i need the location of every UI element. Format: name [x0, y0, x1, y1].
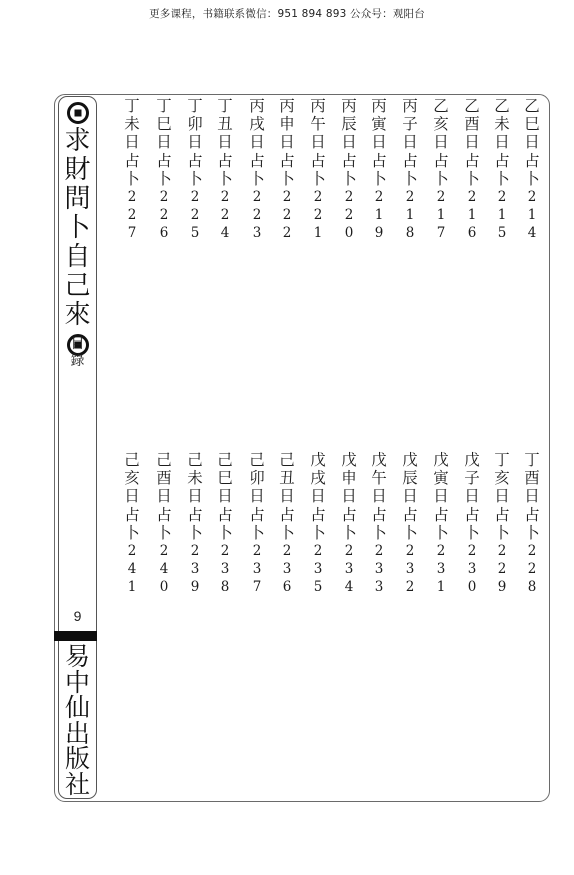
toc-entry-page-digit: 1: [431, 578, 451, 596]
toc-entry-title-char: 占: [431, 152, 451, 170]
toc-entry: 乙亥日占卜217: [431, 97, 451, 242]
toc-entry: 己未日占卜239: [185, 451, 205, 596]
toc-entry-page-digit: 2: [339, 188, 359, 206]
toc-entry-title-char: 日: [247, 133, 267, 151]
title-char: 求: [58, 127, 97, 156]
toc-entry-title-char: 日: [522, 133, 542, 151]
toc-entry-page-digit: 2: [185, 542, 205, 560]
toc-entry-title-char: 日: [339, 133, 359, 151]
toc-entry-title-char: 丙: [339, 97, 359, 115]
toc-entry-title-char: 卜: [185, 524, 205, 542]
toc-entry-title-char: 卜: [247, 524, 267, 542]
toc-entry: 己酉日占卜240: [154, 451, 174, 596]
toc-entry: 丁丑日占卜224: [215, 97, 235, 242]
toc-entry-title-char: 亥: [492, 469, 512, 487]
toc-entry-page-digit: 3: [369, 578, 389, 596]
toc-entry-title-char: 戌: [308, 469, 328, 487]
toc-entry-title-char: 日: [277, 133, 297, 151]
toc-entry-title-char: 乙: [431, 97, 451, 115]
toc-entry-title-char: 亥: [431, 115, 451, 133]
toc-entry-title-char: 日: [247, 487, 267, 505]
toc-entry-title-char: 卜: [522, 170, 542, 188]
toc-entry-title-char: 卜: [462, 524, 482, 542]
toc-entry-title-char: 日: [308, 487, 328, 505]
toc-entry-page-digit: 2: [185, 206, 205, 224]
toc-entry-page-digit: 2: [277, 206, 297, 224]
toc-entry-title-char: 卜: [492, 170, 512, 188]
toc-entry-title-char: 卜: [122, 170, 142, 188]
toc-entry-title-char: 卜: [400, 170, 420, 188]
toc-entry-title-char: 卜: [215, 524, 235, 542]
toc-entry-title-char: 日: [215, 133, 235, 151]
toc-entry-page-digit: 2: [122, 206, 142, 224]
toc-entry-title-char: 卜: [339, 524, 359, 542]
toc-entry-page-digit: 2: [122, 542, 142, 560]
toc-entry-page-digit: 4: [522, 224, 542, 242]
toc-entry-title-char: 占: [215, 506, 235, 524]
toc-entry-title-char: 卜: [308, 524, 328, 542]
toc-entry-title-char: 丙: [247, 97, 267, 115]
toc-entry-title-char: 卯: [185, 115, 205, 133]
toc-entry-title-char: 日: [431, 133, 451, 151]
toc-entry-title-char: 辰: [339, 115, 359, 133]
toc-entry-page-digit: 7: [247, 578, 267, 596]
toc-entry-page-digit: 2: [492, 560, 512, 578]
toc-entry: 己卯日占卜237: [247, 451, 267, 596]
toc-entry-title-char: 乙: [522, 97, 542, 115]
toc-entry-title-char: 占: [369, 152, 389, 170]
toc-entry-page-digit: 2: [247, 542, 267, 560]
toc-entry: 丙戌日占卜223: [247, 97, 267, 242]
title-char: 來: [58, 301, 97, 330]
toc-entry: 丙子日占卜218: [400, 97, 420, 242]
toc-entry-title-char: 卜: [492, 524, 512, 542]
toc-entry-title-char: 己: [277, 451, 297, 469]
toc-entry-page-digit: 2: [122, 188, 142, 206]
toc-entry-title-char: 巳: [522, 115, 542, 133]
toc-entry-title-char: 占: [154, 152, 174, 170]
toc-entry-title-char: 亥: [122, 469, 142, 487]
toc-entry-page-digit: 1: [462, 206, 482, 224]
toc-entry-page-digit: 2: [492, 188, 512, 206]
toc-entry-title-char: 子: [462, 469, 482, 487]
toc-entry-title-char: 日: [185, 133, 205, 151]
toc-entry-title-char: 未: [492, 115, 512, 133]
toc-entry: 乙巳日占卜214: [522, 97, 542, 242]
toc-entry-title-char: 占: [185, 506, 205, 524]
toc-entry-page-digit: 8: [215, 578, 235, 596]
toc-entry: 丁酉日占卜228: [522, 451, 542, 596]
toc-entry-title-char: 丙: [400, 97, 420, 115]
toc-entry-page-digit: 6: [277, 578, 297, 596]
toc-entry-page-digit: 9: [185, 578, 205, 596]
toc-entry-title-char: 丙: [277, 97, 297, 115]
publisher-char: 中: [65, 670, 90, 696]
toc-entry-page-digit: 2: [185, 188, 205, 206]
toc-entry-title-char: 占: [247, 152, 267, 170]
toc-entry-page-digit: 6: [462, 224, 482, 242]
subtitle-char: 目: [71, 336, 85, 353]
toc-entry-title-char: 日: [154, 487, 174, 505]
toc-entry-page-digit: 2: [522, 542, 542, 560]
toc-entry-title-char: 戊: [308, 451, 328, 469]
toc-entry: 丙寅日占卜219: [369, 97, 389, 242]
toc-entry-page-digit: 2: [369, 542, 389, 560]
toc-entry-title-char: 申: [339, 469, 359, 487]
toc-entry-page-digit: 3: [247, 224, 267, 242]
toc-entry-page-digit: 0: [154, 578, 174, 596]
publisher-char: 仙: [65, 695, 90, 721]
toc-entry-title-char: 卜: [277, 524, 297, 542]
toc-entry-page-digit: 2: [215, 542, 235, 560]
publisher-char: 易: [65, 644, 90, 670]
toc-entry-title-char: 占: [400, 506, 420, 524]
toc-entry-title-char: 占: [462, 506, 482, 524]
toc-entry-title-char: 卜: [308, 170, 328, 188]
toc-entry-title-char: 卜: [431, 170, 451, 188]
toc-entry-title-char: 日: [522, 487, 542, 505]
title-char: 自: [58, 243, 97, 272]
publisher-char: 出: [65, 721, 90, 747]
toc-entry-title-char: 丙: [308, 97, 328, 115]
toc-entry: 丙午日占卜221: [308, 97, 328, 242]
toc-entry-title-char: 丁: [154, 97, 174, 115]
toc-entry-page-digit: 1: [522, 206, 542, 224]
toc-entry-page-digit: 4: [154, 560, 174, 578]
toc-entry-title-char: 丁: [215, 97, 235, 115]
toc-entry-title-char: 己: [154, 451, 174, 469]
toc-entry-page-digit: 2: [369, 188, 389, 206]
toc-entry-title-char: 日: [462, 133, 482, 151]
toc-entry-title-char: 戊: [339, 451, 359, 469]
toc-entry-page-digit: 2: [308, 542, 328, 560]
toc-entry-page-digit: 3: [247, 560, 267, 578]
toc-entry-title-char: 日: [308, 133, 328, 151]
toc-entry-title-char: 占: [122, 506, 142, 524]
toc-entry-page-digit: 9: [492, 578, 512, 596]
toc-entry: 丁巳日占卜226: [154, 97, 174, 242]
toc-entry-title-char: 丁: [522, 451, 542, 469]
toc-entry-title-char: 占: [339, 152, 359, 170]
toc-entry-page-digit: 0: [339, 224, 359, 242]
toc-entry-title-char: 卜: [215, 170, 235, 188]
toc-entry-title-char: 占: [122, 152, 142, 170]
toc-entry-page-digit: 3: [400, 560, 420, 578]
toc-entry: 己亥日占卜241: [122, 451, 142, 596]
toc-entry-page-digit: 2: [431, 542, 451, 560]
toc-entry-title-char: 日: [154, 133, 174, 151]
toc-entry-page-digit: 3: [462, 560, 482, 578]
toc-entry-page-digit: 2: [154, 542, 174, 560]
publisher-name: 易 中 仙 出 版 社: [58, 644, 97, 797]
toc-entry-page-digit: 3: [308, 560, 328, 578]
toc-entry-title-char: 巳: [215, 469, 235, 487]
title-char: 財: [58, 156, 97, 185]
toc-entry: 己丑日占卜236: [277, 451, 297, 596]
toc-entry-title-char: 日: [462, 487, 482, 505]
toc-entry-title-char: 卜: [154, 524, 174, 542]
toc-entry-page-digit: 2: [431, 188, 451, 206]
toc-entry-title-char: 日: [400, 487, 420, 505]
toc-entry-title-char: 卜: [369, 524, 389, 542]
toc-entry-page-digit: 2: [522, 188, 542, 206]
bullseye-ring-icon: [67, 102, 89, 124]
toc-entry-page-digit: 4: [122, 560, 142, 578]
toc-entry-title-char: 戊: [400, 451, 420, 469]
toc-entry-title-char: 日: [492, 487, 512, 505]
toc-entry-page-digit: 7: [431, 224, 451, 242]
toc-entry: 戊辰日占卜232: [400, 451, 420, 596]
toc-entry-page-digit: 0: [462, 578, 482, 596]
toc-entry-page-digit: 2: [308, 188, 328, 206]
page-number: 9: [58, 608, 97, 624]
toc-entry-title-char: 辰: [400, 469, 420, 487]
toc-entry-page-digit: 2: [462, 542, 482, 560]
toc-entry-page-digit: 1: [492, 206, 512, 224]
toc-entry-page-digit: 2: [339, 206, 359, 224]
toc-entry-title-char: 卜: [247, 170, 267, 188]
toc-entry-page-digit: 6: [154, 224, 174, 242]
toc-entry-title-char: 寅: [431, 469, 451, 487]
toc-entry-title-char: 丁: [122, 97, 142, 115]
toc-entry-page-digit: 2: [154, 206, 174, 224]
toc-entry-title-char: 丙: [369, 97, 389, 115]
toc-entry: 丙申日占卜222: [277, 97, 297, 242]
toc-entry-title-char: 日: [185, 487, 205, 505]
toc-entry-title-char: 卯: [247, 469, 267, 487]
toc-entry-title-char: 卜: [462, 170, 482, 188]
toc-entry-title-char: 乙: [492, 97, 512, 115]
toc-entry-title-char: 占: [277, 152, 297, 170]
toc-entry-title-char: 占: [369, 506, 389, 524]
toc-entry-title-char: 戊: [462, 451, 482, 469]
toc-entry: 戊戌日占卜235: [308, 451, 328, 596]
toc-entry-title-char: 酉: [154, 469, 174, 487]
toc-entry-title-char: 丑: [215, 115, 235, 133]
toc-entry-page-digit: 2: [462, 188, 482, 206]
toc-entry-title-char: 子: [400, 115, 420, 133]
toc-entry-title-char: 戌: [247, 115, 267, 133]
toc-entry: 丙辰日占卜220: [339, 97, 359, 242]
toc-entry-title-char: 占: [308, 506, 328, 524]
toc-entry-title-char: 己: [247, 451, 267, 469]
toc-entry-title-char: 未: [122, 115, 142, 133]
toc-entry-title-char: 午: [308, 115, 328, 133]
toc-entry-page-digit: 3: [431, 560, 451, 578]
toc-entry-page-digit: 2: [400, 542, 420, 560]
title-char: 卜: [58, 214, 97, 243]
toc-entry-page-digit: 1: [400, 206, 420, 224]
toc-entry: 乙酉日占卜216: [462, 97, 482, 242]
toc-entry-title-char: 酉: [522, 469, 542, 487]
publisher-char: 版: [65, 746, 90, 772]
toc-entry-page-digit: 4: [215, 224, 235, 242]
toc-entry-title-char: 卜: [431, 524, 451, 542]
toc-entry-page-digit: 2: [154, 188, 174, 206]
toc-entry-title-char: 日: [431, 487, 451, 505]
toc-entry-page-digit: 1: [122, 578, 142, 596]
toc-entry-title-char: 未: [185, 469, 205, 487]
toc-entry-page-digit: 2: [277, 542, 297, 560]
toc-entry-title-char: 占: [462, 152, 482, 170]
toc-entry-title-char: 占: [431, 506, 451, 524]
toc-entry-page-digit: 2: [277, 188, 297, 206]
toc-entry-page-digit: 2: [215, 206, 235, 224]
toc-entry-page-digit: 3: [339, 560, 359, 578]
contact-banner: 更多课程，书籍联系微信：951 894 893 公众号：观阳台: [0, 6, 574, 21]
subtitle-char: 錄: [71, 353, 85, 370]
toc-entry-page-digit: 9: [369, 224, 389, 242]
toc-entry-title-char: 申: [277, 115, 297, 133]
toc-entry: 戊申日占卜234: [339, 451, 359, 596]
toc-entry-title-char: 己: [185, 451, 205, 469]
toc-entry-page-digit: 8: [522, 578, 542, 596]
toc-entry-title-char: 寅: [369, 115, 389, 133]
toc-entry-title-char: 己: [215, 451, 235, 469]
toc-entry-page-digit: 3: [369, 560, 389, 578]
toc-entry-title-char: 卜: [185, 170, 205, 188]
toc-entry-title-char: 日: [369, 133, 389, 151]
toc-entry-title-char: 占: [400, 152, 420, 170]
toc-entry: 丁卯日占卜225: [185, 97, 205, 242]
publisher-char: 社: [65, 772, 90, 798]
toc-entry-page-digit: 5: [308, 578, 328, 596]
toc-entry-title-char: 酉: [462, 115, 482, 133]
toc-entry-page-digit: 1: [431, 206, 451, 224]
toc-entry-title-char: 占: [492, 506, 512, 524]
toc-entry-title-char: 丁: [492, 451, 512, 469]
title-char: 問: [58, 185, 97, 214]
toc-entry-title-char: 日: [215, 487, 235, 505]
toc-entry: 戊午日占卜233: [369, 451, 389, 596]
toc-entry-page-digit: 2: [308, 206, 328, 224]
toc-entry-title-char: 占: [308, 152, 328, 170]
toc-entry-title-char: 占: [185, 152, 205, 170]
toc-entry: 己巳日占卜238: [215, 451, 235, 596]
toc-entry: 戊寅日占卜231: [431, 451, 451, 596]
toc-entry-page-digit: 3: [215, 560, 235, 578]
toc-entry-title-char: 日: [369, 487, 389, 505]
toc-entry-title-char: 午: [369, 469, 389, 487]
section-label-contents: 目 錄: [58, 336, 97, 370]
toc-entry-title-char: 己: [122, 451, 142, 469]
toc-entry-title-char: 巳: [154, 115, 174, 133]
toc-entry-title-char: 卜: [369, 170, 389, 188]
toc-entry-title-char: 乙: [462, 97, 482, 115]
toc-entry: 戊子日占卜230: [462, 451, 482, 596]
toc-entry-title-char: 卜: [154, 170, 174, 188]
toc-entry-title-char: 占: [522, 506, 542, 524]
toc-entry: 乙未日占卜215: [492, 97, 512, 242]
toc-entry-page-digit: 2: [215, 188, 235, 206]
toc-entry-page-digit: 2: [247, 206, 267, 224]
toc-entry-page-digit: 5: [185, 224, 205, 242]
toc-entry-title-char: 戊: [369, 451, 389, 469]
toc-entry-title-char: 占: [215, 152, 235, 170]
toc-entry-page-digit: 4: [339, 578, 359, 596]
toc-entry-page-digit: 1: [308, 224, 328, 242]
toc-entry-title-char: 卜: [277, 170, 297, 188]
toc-entry-page-digit: 2: [247, 188, 267, 206]
toc-entry-title-char: 占: [277, 506, 297, 524]
toc-entry-title-char: 占: [492, 152, 512, 170]
toc-entry-title-char: 日: [400, 133, 420, 151]
toc-entry-page-digit: 2: [339, 542, 359, 560]
spine-divider-bar: [54, 631, 97, 641]
toc-entry-title-char: 占: [247, 506, 267, 524]
toc-entry-title-char: 卜: [522, 524, 542, 542]
toc-entry-title-char: 丑: [277, 469, 297, 487]
toc-entry-title-char: 日: [122, 487, 142, 505]
toc-entry: 丁亥日占卜229: [492, 451, 512, 596]
toc-entry-page-digit: 2: [277, 224, 297, 242]
toc-entry-title-char: 日: [339, 487, 359, 505]
toc-entry-page-digit: 3: [185, 560, 205, 578]
toc-entry-title-char: 日: [492, 133, 512, 151]
toc-entry-page-digit: 2: [522, 560, 542, 578]
toc-entry-title-char: 卜: [339, 170, 359, 188]
toc-entry-page-digit: 2: [492, 542, 512, 560]
toc-entry-title-char: 卜: [122, 524, 142, 542]
toc-entry: 丁未日占卜227: [122, 97, 142, 242]
toc-entry-page-digit: 8: [400, 224, 420, 242]
book-title: 求 財 問 卜 自 己 來: [58, 98, 97, 359]
title-char: 己: [58, 272, 97, 301]
toc-entry-page-digit: 5: [492, 224, 512, 242]
toc-entry-title-char: 占: [154, 506, 174, 524]
toc-entry-page-digit: 2: [400, 578, 420, 596]
toc-entry-title-char: 丁: [185, 97, 205, 115]
book-spine: 求 財 問 卜 自 己 來 目 錄 9 易 中 仙 出 版 社: [58, 96, 97, 799]
toc-entry-title-char: 日: [122, 133, 142, 151]
toc-entry-title-char: 占: [339, 506, 359, 524]
toc-entry-page-digit: 7: [122, 224, 142, 242]
toc-entry-title-char: 日: [277, 487, 297, 505]
toc-entry-page-digit: 3: [277, 560, 297, 578]
toc-entry-title-char: 卜: [400, 524, 420, 542]
toc-entry-title-char: 占: [522, 152, 542, 170]
toc-entry-title-char: 戊: [431, 451, 451, 469]
toc-entry-page-digit: 1: [369, 206, 389, 224]
toc-entry-page-digit: 2: [400, 188, 420, 206]
